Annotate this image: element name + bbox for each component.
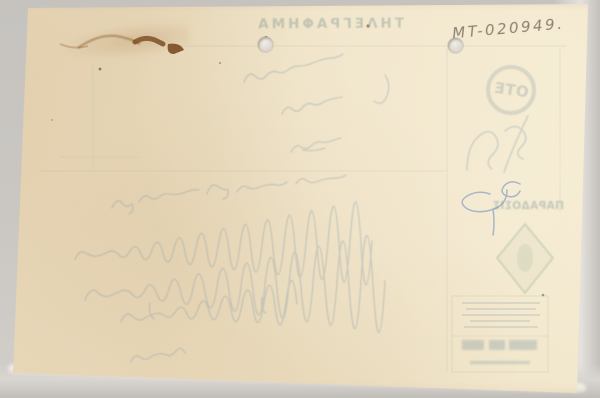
ote-logo-text: OTE [493, 79, 530, 102]
punch-hole-left [258, 37, 273, 52]
bleed-handwriting [75, 54, 389, 362]
bleed-fineprint-block [462, 303, 540, 327]
bleed-title-mirrored: ΤΗΛΕΓΡΑΦΗΜΑ [228, 16, 404, 33]
scanned-document-photo: ΤΗΛΕΓΡΑΦΗΜΑ OTE ΠΑΡΑΔΟΣΙΣ MT-020949. [0, 0, 600, 398]
bleed-bold-bars [462, 340, 537, 364]
punch-hole-right [448, 38, 463, 53]
bleed-diamond-emblem [497, 224, 553, 293]
bleed-ote-logo: OTE [486, 65, 536, 115]
bleed-signature [467, 116, 528, 172]
document-paper: ΤΗΛΕΓΡΑΦΗΜΑ OTE ΠΑΡΑΔΟΣΙΣ MT-020949. [0, 0, 600, 398]
paper-specks [51, 24, 544, 296]
bleed-stamp-word-mirrored: ΠΑΡΑΔΟΣΙΣ [492, 200, 564, 212]
